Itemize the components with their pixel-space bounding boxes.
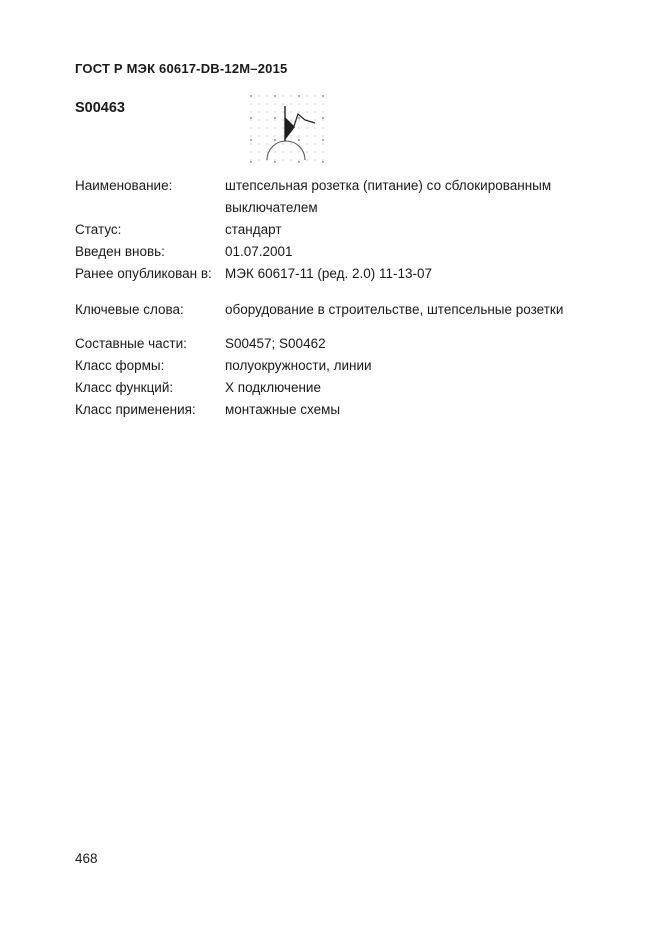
field-row-previously-published: Ранее опубликован в: МЭК 60617-11 (ред. … — [75, 263, 587, 285]
field-label: Введен вновь: — [75, 241, 225, 263]
field-value: оборудование в строительстве, штепсельны… — [225, 299, 581, 321]
field-row-name: Наименование: штепсельная розетка (питан… — [75, 175, 587, 219]
field-value: X подключение — [225, 377, 581, 399]
field-value: 01.07.2001 — [225, 241, 581, 263]
field-value: S00457; S00462 — [225, 333, 581, 355]
field-row-reintroduced: Введен вновь: 01.07.2001 — [75, 241, 587, 263]
page-number: 468 — [75, 851, 98, 866]
field-label: Ранее опубликован в: — [75, 263, 225, 285]
field-label: Класс применения: — [75, 399, 225, 421]
field-value: полуокружности, линии — [225, 355, 581, 377]
field-row-shape-class: Класс формы: полуокружности, линии — [75, 355, 587, 377]
attribute-list: Наименование: штепсельная розетка (питан… — [75, 175, 587, 421]
field-label: Составные части: — [75, 333, 225, 355]
field-row-keywords: Ключевые слова: оборудование в строитель… — [75, 299, 587, 321]
document-page: ГОСТ Р МЭК 60617-DB-12M–2015 S00463 Наим… — [0, 0, 661, 936]
field-row-application-class: Класс применения: монтажные схемы — [75, 399, 587, 421]
field-label: Класс формы: — [75, 355, 225, 377]
field-value: стандарт — [225, 219, 581, 241]
field-value: штепсельная розетка (питание) со сблокир… — [225, 175, 581, 219]
socket-outlet-with-interlocked-switch-symbol — [249, 94, 325, 164]
field-label: Наименование: — [75, 175, 225, 197]
field-value: МЭК 60617-11 (ред. 2.0) 11-13-07 — [225, 263, 581, 285]
field-row-function-class: Класс функций: X подключение — [75, 377, 587, 399]
field-row-components: Составные части: S00457; S00462 — [75, 333, 587, 355]
field-value: монтажные схемы — [225, 399, 581, 421]
field-label: Ключевые слова: — [75, 299, 225, 321]
standard-header: ГОСТ Р МЭК 60617-DB-12M–2015 — [75, 61, 287, 76]
symbol-id: S00463 — [75, 100, 125, 116]
field-row-status: Статус: стандарт — [75, 219, 587, 241]
field-label: Статус: — [75, 219, 225, 241]
field-label: Класс функций: — [75, 377, 225, 399]
